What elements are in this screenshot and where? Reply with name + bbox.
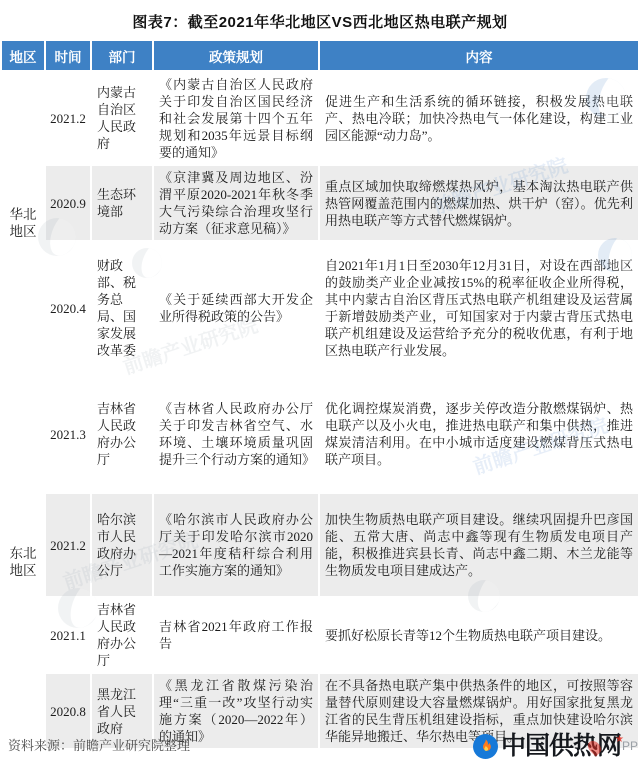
content-cell: 自2021年1月1日至2030年12月31日，对设在西部地区的鼓励类产业企业减按… <box>320 242 638 374</box>
page-title: 图表7：截至2021年华北地区VS西北地区热电联产规划 <box>0 0 640 39</box>
flame-icon <box>473 734 498 759</box>
time-cell: 2020.4 <box>46 242 90 374</box>
time-cell: 2020.9 <box>46 166 90 240</box>
column-header-dept: 部门 <box>92 41 152 70</box>
time-cell: 2021.3 <box>46 376 90 492</box>
dept-cell: 财政部、税务总局、国家发展改革委 <box>92 242 152 374</box>
column-header-policy: 政策规划 <box>154 41 318 70</box>
edge-watermark-text: PP <box>622 739 638 753</box>
column-header-time: 时间 <box>46 41 90 70</box>
table-row: 华北地区 2021.2 内蒙古自治区人民政府 《内蒙古自治区人民政府关于印发自治… <box>2 72 638 164</box>
dept-cell: 哈尔滨市人民政府办公厅 <box>92 494 152 596</box>
table-row: 2021.2 哈尔滨市人民政府办公厅 《哈尔滨市人民政府办公厅关于印发哈尔滨市2… <box>2 494 638 596</box>
policy-cell: 《吉林省人民政府办公厅关于印发吉林省空气、水环境、土壤环境质量巩固提升三个行动方… <box>154 376 318 492</box>
policy-cell: 吉林省2021年政府工作报告 <box>154 598 318 672</box>
policy-cell: 《京津冀及周边地区、汾渭平原2020-2021年秋冬季大气污染综合治理攻坚行动方… <box>154 166 318 240</box>
content-cell: 重点区域加快取缔燃煤热风炉，基本淘汰热电联产供热管网覆盖范围内的燃煤加热、烘干炉… <box>320 166 638 240</box>
dept-cell: 生态环境部 <box>92 166 152 240</box>
content-cell: 加快生物质热电联产项目建设。继续巩固提升巴彦国能、五常大唐、尚志中鑫等现有生物质… <box>320 494 638 596</box>
time-cell: 2021.1 <box>46 598 90 672</box>
policy-cell: 《哈尔滨市人民政府办公厅关于印发哈尔滨市2020—2021年度秸秆综合利用工作实… <box>154 494 318 596</box>
content-cell: 促进生产和生活系统的循环链接，积极发展热电联产、热电冷联；加快冷热电气一体化建设… <box>320 72 638 164</box>
region-cell-northeast-china: 东北地区 <box>2 376 44 748</box>
footer: 资料来源：前瞻产业研究院整理 中国供热网 ★ PP <box>0 732 640 762</box>
table-header-row: 地区 时间 部门 政策规划 内容 <box>2 41 638 70</box>
dept-cell: 吉林省人民政府办公厅 <box>92 376 152 492</box>
table-row: 东北地区 2021.3 吉林省人民政府办公厅 《吉林省人民政府办公厅关于印发吉林… <box>2 376 638 492</box>
table-row: 2021.1 吉林省人民政府办公厅 吉林省2021年政府工作报告 要抓好松原长青… <box>2 598 638 672</box>
source-note: 资料来源：前瞻产业研究院整理 <box>8 735 190 754</box>
content-cell: 要抓好松原长青等12个生物质热电联产项目建设。 <box>320 598 638 672</box>
dept-cell: 内蒙古自治区人民政府 <box>92 72 152 164</box>
column-header-region: 地区 <box>2 41 44 70</box>
logo-text: 中国供热网 <box>501 732 621 760</box>
policy-cell: 《关于延续西部大开发企业所得税政策的公告》 <box>154 242 318 374</box>
china-heating-net-logo: 中国供热网 ★ PP <box>473 731 638 761</box>
time-cell: 2021.2 <box>46 72 90 164</box>
dept-cell: 吉林省人民政府办公厅 <box>92 598 152 672</box>
table-row: 2020.9 生态环境部 《京津冀及周边地区、汾渭平原2020-2021年秋冬季… <box>2 166 638 240</box>
table-row: 2020.4 财政部、税务总局、国家发展改革委 《关于延续西部大开发企业所得税政… <box>2 242 638 374</box>
time-cell: 2021.2 <box>46 494 90 596</box>
region-cell-north-china: 华北地区 <box>2 72 44 374</box>
policy-cell: 《内蒙古自治区人民政府关于印发自治区国民经济和社会发展第十四个五年规划和2035… <box>154 72 318 164</box>
policy-table: 地区 时间 部门 政策规划 内容 华北地区 2021.2 内蒙古自治区人民政府 … <box>0 39 640 750</box>
content-cell: 优化调控煤炭消费，逐步关停改造分散燃煤锅炉、热电联产以及小火电，推进热电联产和集… <box>320 376 638 492</box>
column-header-content: 内容 <box>320 41 638 70</box>
